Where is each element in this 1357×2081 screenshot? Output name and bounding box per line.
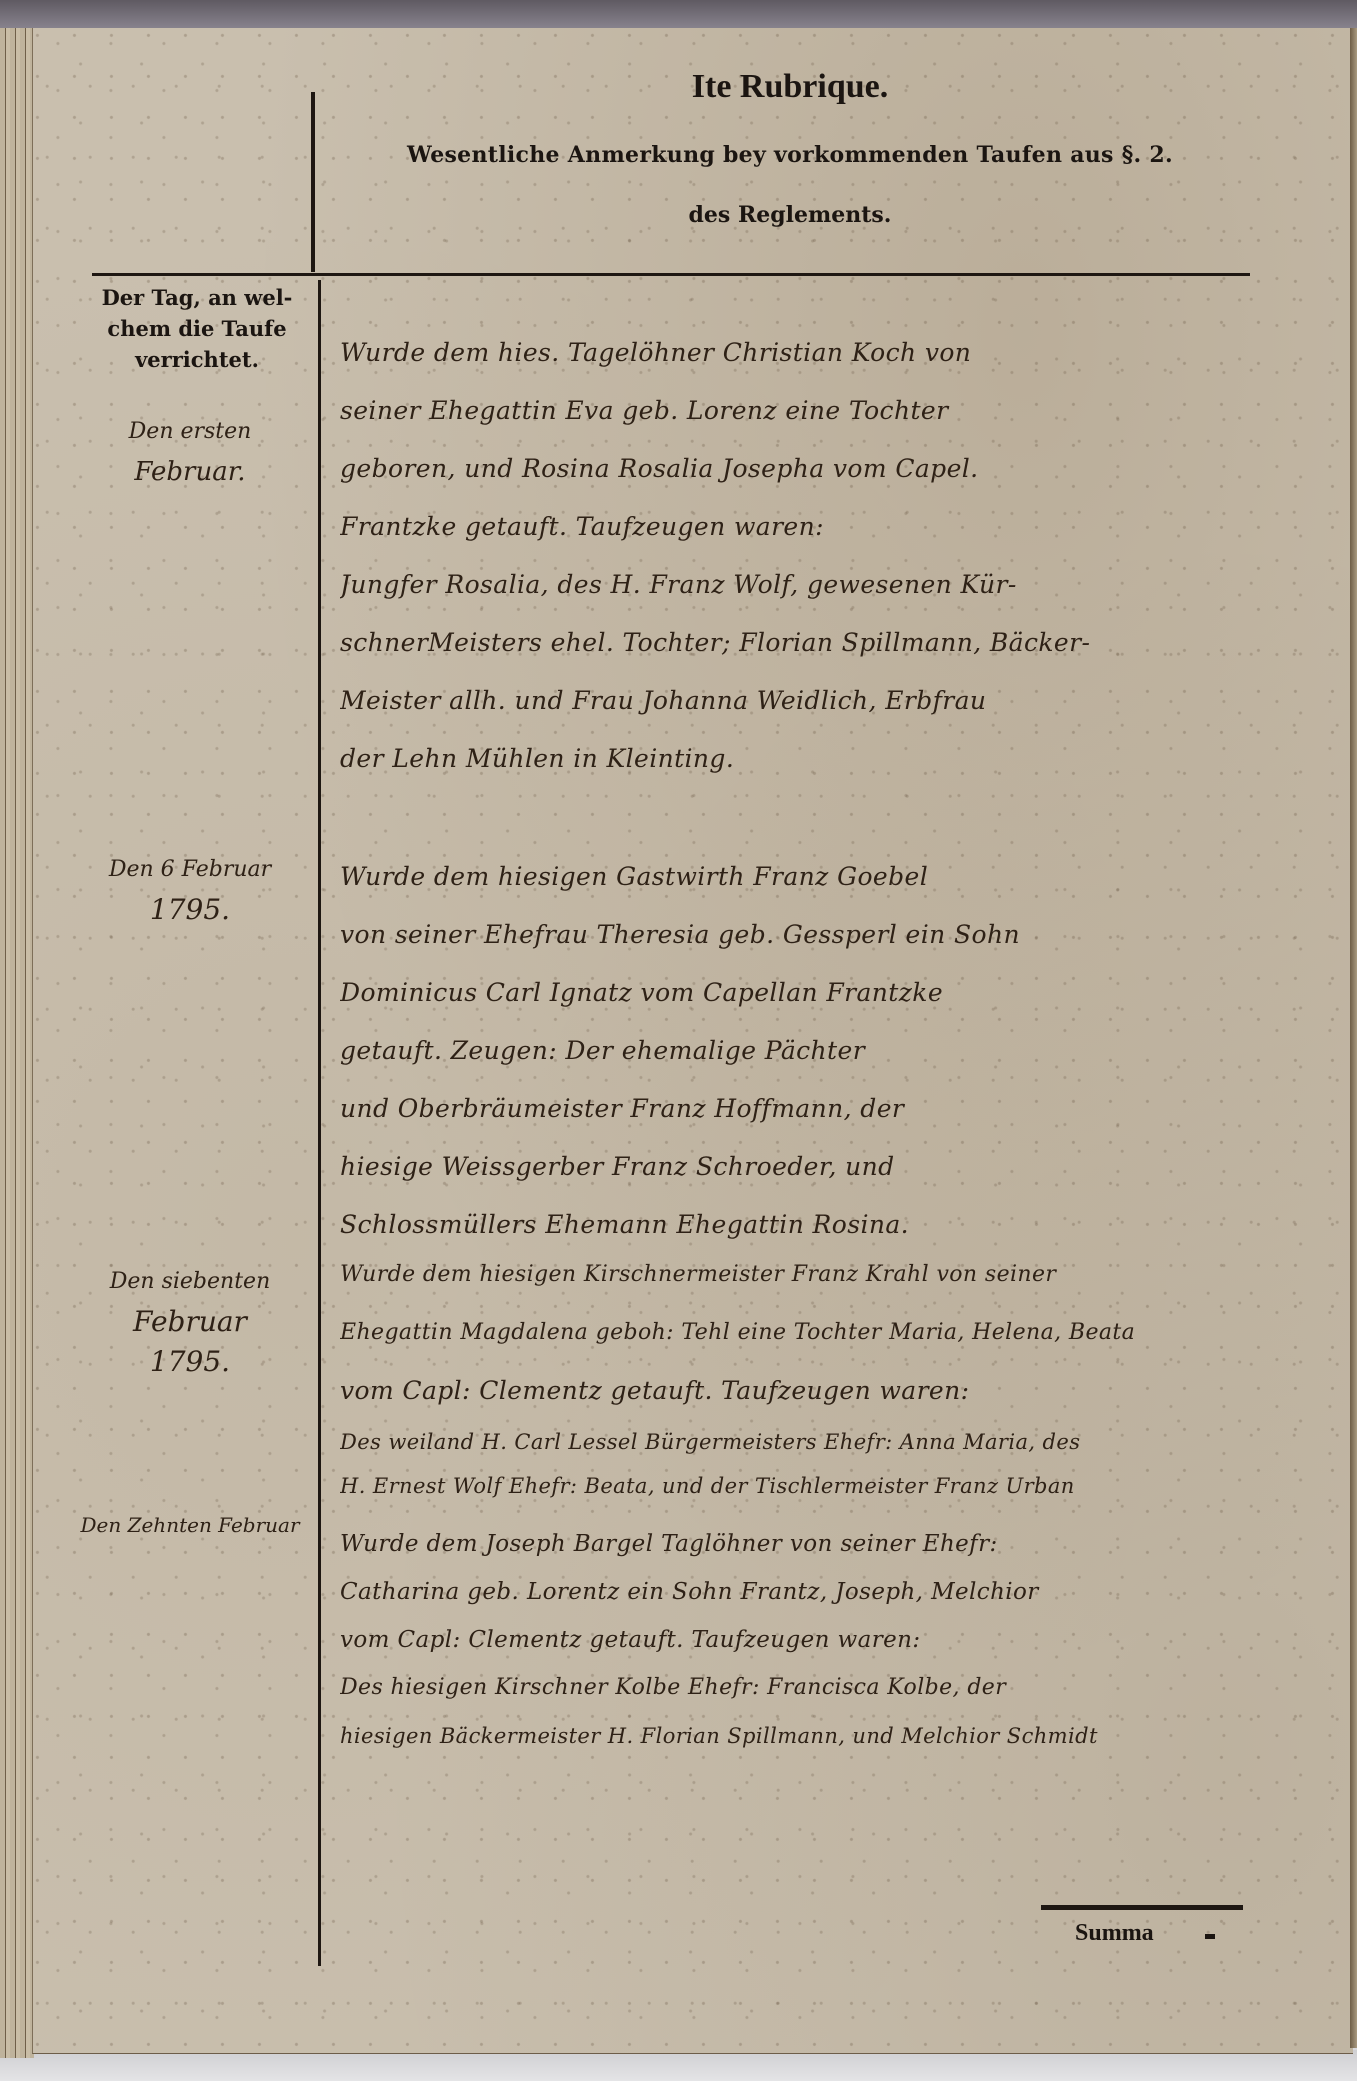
date-column-header-line: Der Tag, an wel- bbox=[82, 282, 312, 313]
entry-line: Wurde dem Joseph Bargel Taglöhner von se… bbox=[340, 1520, 1300, 1568]
rubric-title: Ite Rubrique. bbox=[330, 68, 1250, 106]
scan-top-shadow bbox=[0, 0, 1357, 30]
entry-line: Wurde dem hiesigen Gastwirth Franz Goebe… bbox=[340, 848, 1300, 906]
entry-date-line: 1795. bbox=[70, 1342, 310, 1382]
entry-line: Frantzke getauft. Taufzeugen waren: bbox=[340, 498, 1300, 556]
entry-date: Den ersten Februar. bbox=[70, 412, 310, 492]
entry-date-line: Den Zehnten Februar bbox=[70, 1505, 310, 1545]
entry-line: hiesigen Bäckermeister H. Florian Spillm… bbox=[340, 1712, 1300, 1760]
entry-line: Des weiland H. Carl Lessel Bürgermeister… bbox=[340, 1420, 1300, 1464]
rubric-subtitle-line2: des Reglements. bbox=[330, 202, 1250, 228]
baptism-entry: Wurde dem Joseph Bargel Taglöhner von se… bbox=[340, 1520, 1300, 1760]
entry-date: Den 6 Februar 1795. bbox=[70, 850, 310, 930]
entry-line: hiesige Weissgerber Franz Schroeder, und bbox=[340, 1138, 1300, 1196]
entry-line: und Oberbräumeister Franz Hoffmann, der bbox=[340, 1080, 1300, 1138]
page-gutter-edge bbox=[1350, 28, 1357, 2048]
summa-rule bbox=[1041, 1905, 1243, 1910]
entry-line: Catharina geb. Lorentz ein Sohn Frantz, … bbox=[340, 1568, 1300, 1616]
entry-line: schnerMeisters ehel. Tochter; Florian Sp… bbox=[340, 614, 1300, 672]
header-left-rule bbox=[311, 92, 315, 272]
entry-line: getauft. Zeugen: Der ehemalige Pächter bbox=[340, 1022, 1300, 1080]
date-column-header-line: chem die Taufe bbox=[82, 313, 312, 344]
entry-line: von seiner Ehefrau Theresia geb. Gessper… bbox=[340, 906, 1300, 964]
entry-line: vom Capl: Clementz getauft. Taufzeugen w… bbox=[340, 1616, 1300, 1664]
entry-line: Ehegattin Magdalena geboh: Tehl eine Toc… bbox=[340, 1304, 1300, 1362]
summa-label: Summa bbox=[1075, 1920, 1154, 1947]
column-divider-rule bbox=[318, 280, 321, 1966]
entry-line: der Lehn Mühlen in Kleinting. bbox=[340, 730, 1300, 788]
entry-line: H. Ernest Wolf Ehefr: Beata, und der Tis… bbox=[340, 1464, 1300, 1508]
entry-date-line: Februar. bbox=[70, 452, 310, 492]
entry-line: Wurde dem hies. Tagelöhner Christian Koc… bbox=[340, 324, 1300, 382]
entry-date-line: Den ersten bbox=[70, 412, 310, 452]
date-column-header: Der Tag, an wel- chem die Taufe verricht… bbox=[82, 282, 312, 375]
baptism-entry: Wurde dem hies. Tagelöhner Christian Koc… bbox=[340, 324, 1300, 788]
entry-date-line: Den 6 Februar bbox=[70, 850, 310, 890]
entry-line: Jungfer Rosalia, des H. Franz Wolf, gewe… bbox=[340, 556, 1300, 614]
entry-line: Dominicus Carl Ignatz vom Capellan Frant… bbox=[340, 964, 1300, 1022]
rubric-subtitle: Wesentliche Anmerkung bey vorkommenden T… bbox=[330, 142, 1250, 168]
entry-line: Meister allh. und Frau Johanna Weidlich,… bbox=[340, 672, 1300, 730]
entry-line: geboren, und Rosina Rosalia Josepha vom … bbox=[340, 440, 1300, 498]
entry-date: Den siebenten Februar 1795. bbox=[70, 1262, 310, 1382]
entry-date-line: Den siebenten bbox=[70, 1262, 310, 1302]
entry-line: seiner Ehegattin Eva geb. Lorenz eine To… bbox=[340, 382, 1300, 440]
entry-line: Wurde dem hiesigen Kirschnermeister Fran… bbox=[340, 1246, 1300, 1304]
entry-date-line: Februar bbox=[70, 1302, 310, 1342]
entry-line: Des hiesigen Kirschner Kolbe Ehefr: Fran… bbox=[340, 1664, 1300, 1712]
page-stack-edge bbox=[0, 28, 34, 2058]
baptism-entry: Wurde dem hiesigen Gastwirth Franz Goebe… bbox=[340, 848, 1300, 1254]
entry-date: Den Zehnten Februar bbox=[70, 1505, 310, 1545]
entry-line: vom Capl: Clementz getauft. Taufzeugen w… bbox=[340, 1362, 1300, 1420]
baptism-entry: Wurde dem hiesigen Kirschnermeister Fran… bbox=[340, 1246, 1300, 1508]
summa-value-dash bbox=[1205, 1934, 1215, 1939]
scan-bottom-shadow bbox=[0, 2050, 1357, 2081]
date-column-header-line: verrichtet. bbox=[82, 344, 312, 375]
entry-date-line: 1795. bbox=[70, 890, 310, 930]
header-bottom-rule bbox=[92, 273, 1250, 276]
